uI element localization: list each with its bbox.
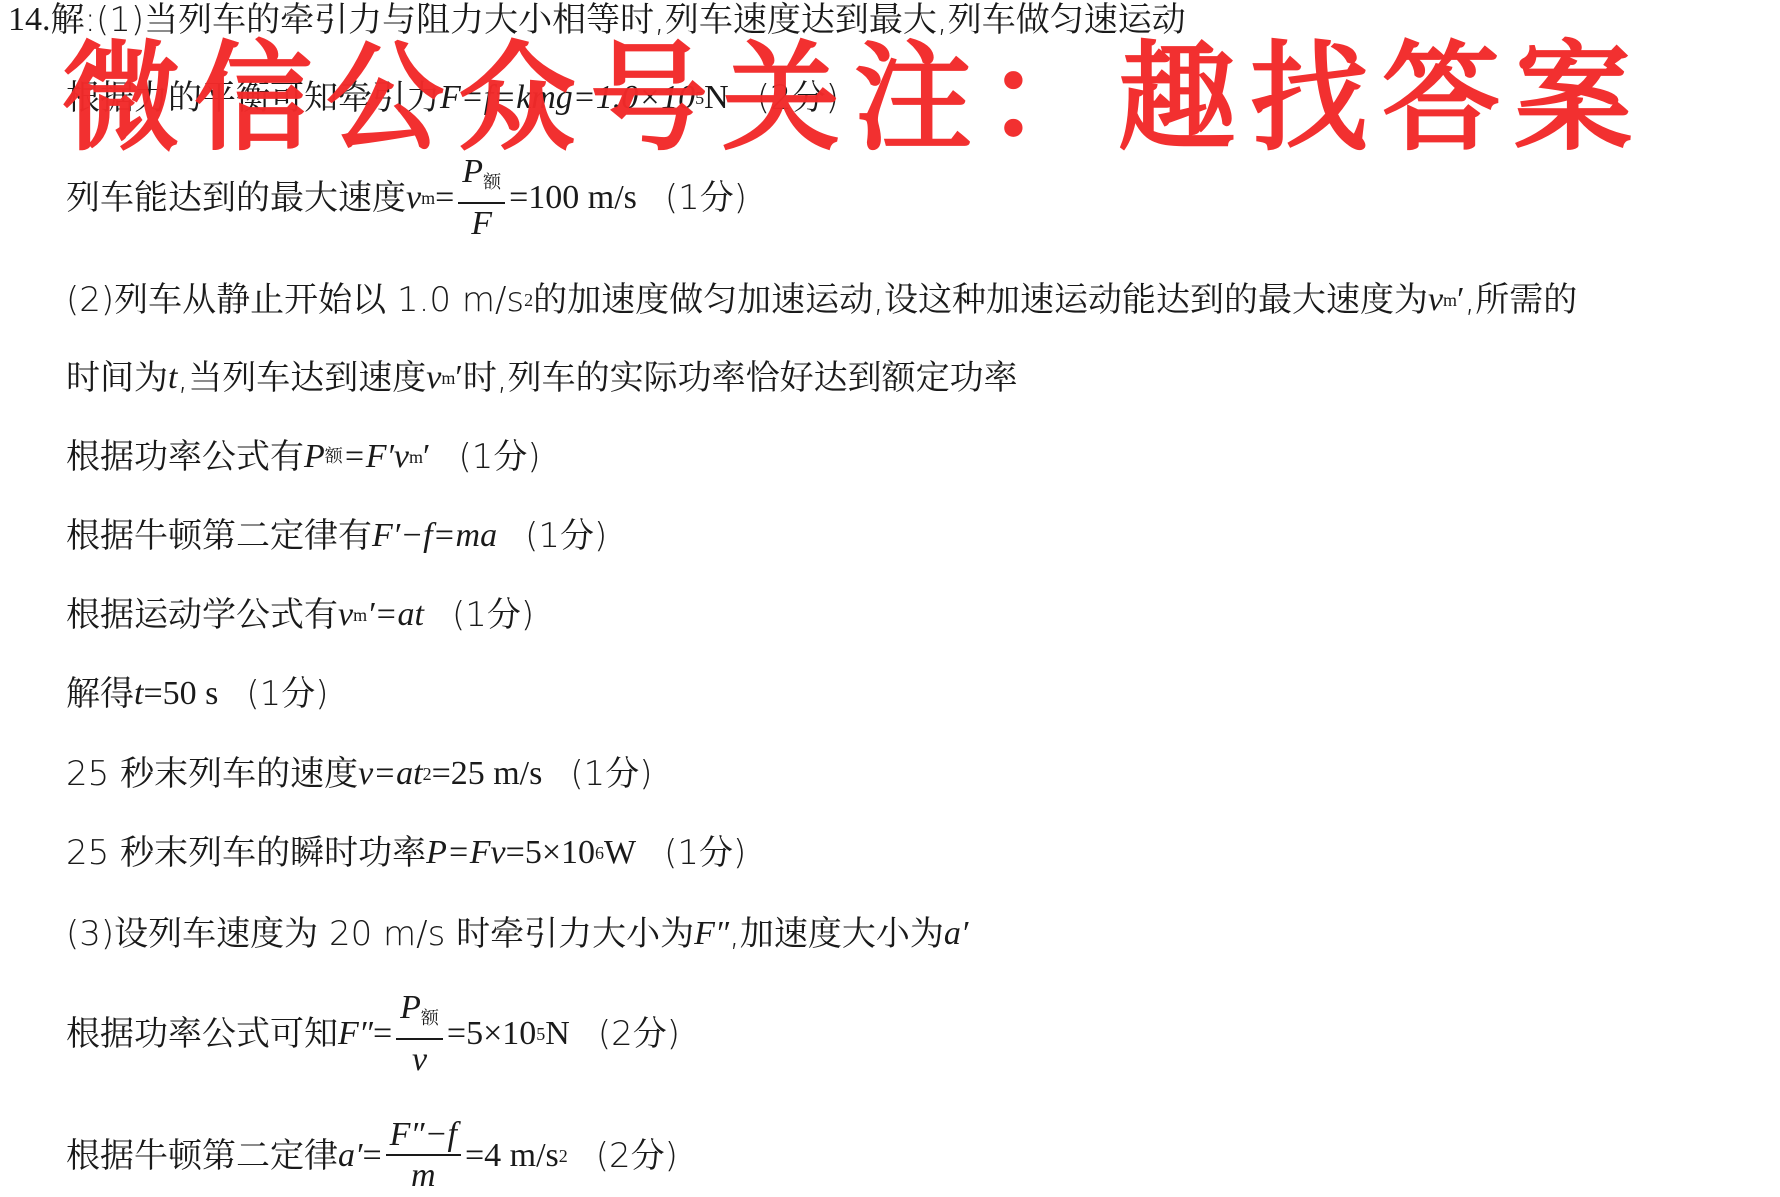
- part3-statement-line: (3)设列车速度为 20 m/s 时牵引力大小为 F″ ,加速度大小为 a′: [66, 914, 968, 954]
- formula: =F′v: [343, 437, 409, 477]
- acceleration-line: 根据牛顿第二定律 a′ = F″−f m =4 m/s2 (2分): [66, 1116, 678, 1196]
- line-text: (2)列车从静止开始以 1.0 m/s: [66, 280, 524, 320]
- subscript: m: [421, 178, 435, 218]
- result: =50 s: [143, 674, 218, 714]
- line-text: 时间为: [66, 358, 168, 398]
- newton-law-line: 根据牛顿第二定律有 F′−f=ma (1分): [66, 516, 607, 556]
- points: (1分): [664, 833, 746, 873]
- formula: v=at: [358, 754, 422, 794]
- line-text: 根据运动学公式有: [66, 595, 338, 635]
- prime: ′: [423, 437, 430, 477]
- result: =5×10: [506, 833, 595, 873]
- points: (1分): [570, 754, 652, 794]
- fraction: P额 v: [396, 988, 443, 1080]
- variable: F″: [694, 914, 729, 954]
- denominator: m: [411, 1156, 436, 1196]
- formula: F′−f=ma: [372, 516, 497, 556]
- result: =4 m/s: [465, 1136, 559, 1176]
- variable: v: [406, 178, 421, 218]
- line-text: 时,列车的实际功率恰好达到额定功率: [463, 358, 1018, 398]
- formula: P: [304, 437, 325, 477]
- line-text: (3)设列车速度为 20 m/s 时牵引力大小为: [66, 914, 694, 954]
- part2-statement-line1: (2)列车从静止开始以 1.0 m/s2 的加速度做匀加速运动,设这种加速运动能…: [66, 280, 1577, 320]
- points: (2分): [596, 1136, 678, 1176]
- variable: F″: [338, 1014, 373, 1054]
- subscript: m: [1443, 280, 1457, 320]
- formula: v: [338, 595, 353, 635]
- subscript: m: [441, 358, 455, 398]
- equals: =: [362, 1136, 381, 1176]
- kinematics-line: 根据运动学公式有 vm′=at (1分): [66, 595, 534, 635]
- subscript: 2: [423, 754, 432, 794]
- equals: =: [373, 1014, 392, 1054]
- points: (1分): [665, 178, 747, 218]
- line-text: ,加速度大小为: [729, 914, 944, 954]
- line-text: 根据功率公式有: [66, 437, 304, 477]
- numerator: P额: [396, 988, 443, 1040]
- watermark-banner: 微信公众号关注：趣找答案: [62, 34, 1646, 162]
- variable: t: [168, 358, 177, 398]
- formula: ′=at: [367, 595, 424, 635]
- exponent: 5: [536, 1014, 545, 1054]
- points: (1分): [525, 516, 607, 556]
- line-text: ,所需的: [1465, 280, 1578, 320]
- numerator: F″−f: [386, 1116, 461, 1156]
- subscript: 额: [325, 437, 343, 477]
- denominator: v: [412, 1040, 427, 1080]
- line-text: 25 秒末列车的速度: [66, 754, 358, 794]
- subscript: m: [353, 595, 367, 635]
- subscript: m: [409, 437, 423, 477]
- result: =25 m/s: [432, 754, 543, 794]
- prime: ′: [1457, 280, 1464, 320]
- part2-statement-line2: 时间为 t ,当列车达到速度 vm′ 时,列车的实际功率恰好达到额定功率: [66, 358, 1018, 398]
- power-formula-line: 根据功率公式有 P额 =F′vm′ (1分): [66, 437, 541, 477]
- line-text: 解得: [66, 674, 134, 714]
- prime: ′: [455, 358, 462, 398]
- power-at-25s-line: 25 秒末列车的瞬时功率 P=Fv=5×106 W (1分): [66, 833, 746, 873]
- traction-at-20ms-line: 根据功率公式可知 F″ = P额 v =5×105 N (2分): [66, 988, 680, 1080]
- points: (1分): [458, 437, 540, 477]
- variable: v: [1428, 280, 1443, 320]
- points: (1分): [452, 595, 534, 635]
- denominator: F: [471, 204, 492, 244]
- speed-at-25s-line: 25 秒末列车的速度 v=at2=25 m/s (1分): [66, 754, 653, 794]
- points: (2分): [598, 1014, 680, 1054]
- line-text: 根据功率公式可知: [66, 1014, 338, 1054]
- exponent: 6: [595, 833, 604, 873]
- formula: t: [134, 674, 143, 714]
- unit: N: [545, 1014, 570, 1054]
- exponent: 2: [524, 280, 533, 320]
- unit: W: [604, 833, 636, 873]
- solve-time-line: 解得 t=50 s (1分): [66, 674, 329, 714]
- result: =5×10: [447, 1014, 536, 1054]
- points: (1分): [246, 674, 328, 714]
- equals: =: [435, 178, 454, 218]
- variable: a′: [338, 1136, 362, 1176]
- line-text: 根据牛顿第二定律: [66, 1136, 338, 1176]
- variable: v: [426, 358, 441, 398]
- formula: P=Fv: [426, 833, 506, 873]
- line-text: 25 秒末列车的瞬时功率: [66, 833, 426, 873]
- exponent: 2: [559, 1136, 568, 1176]
- line-text: ,当列车达到速度: [177, 358, 426, 398]
- line-text: 列车能达到的最大速度: [66, 178, 406, 218]
- line-text: 的加速度做匀加速运动,设这种加速运动能达到的最大速度为: [533, 280, 1428, 320]
- problem-number: 14.: [8, 0, 51, 40]
- result: =100 m/s: [509, 178, 637, 218]
- line-text: 根据牛顿第二定律有: [66, 516, 372, 556]
- variable: a′: [944, 914, 968, 954]
- fraction: F″−f m: [386, 1116, 461, 1196]
